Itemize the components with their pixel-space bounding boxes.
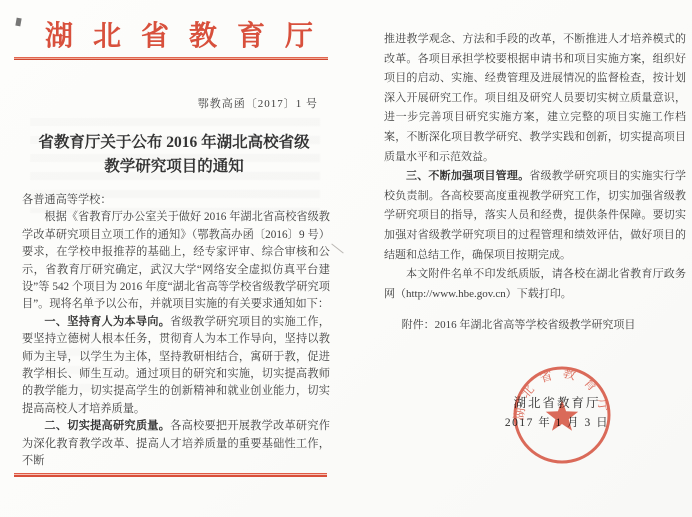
scan-crease-artifact: [331, 243, 343, 253]
salutation: 各普通高等学校：: [22, 192, 330, 209]
section-3-heading: 三、不断加强项目管理。: [406, 170, 529, 182]
attachment-line: 附件：2016 年湖北省高等学校省级教学研究项目: [384, 316, 686, 332]
paragraph-section-3: 三、不断加强项目管理。省级教学研究项目的实施实行学校负责制。各高校要高度重视教学…: [384, 167, 686, 265]
left-page-body: 各普通高等学校： 根据《省教育厅办公室关于做好 2016 年湖北省高校省级教学改…: [22, 192, 330, 471]
seal-star-icon: [546, 400, 578, 431]
document-title: 省教育厅关于公布 2016 年湖北高校省级 教学研究项目的通知: [20, 131, 328, 179]
section-2-heading: 二、切实提高研究质量。: [44, 420, 170, 432]
paragraph-section-2: 二、切实提高研究质量。各高校要把开展教学改革研究作为深化教育教学改革、提高人才培…: [22, 418, 330, 470]
paragraph-download-notice: 本文附件名单不印发纸质版，请各校在湖北省教育厅政务网（http://www.hb…: [384, 265, 686, 304]
right-page-body: 推进教学观念、方法和手段的改革，不断推进人才培养模式的改革。各项目承担学校要根据…: [384, 30, 686, 304]
letterhead-title: 湖北省教育厅: [18, 14, 340, 54]
page-left: 湖北省教育厅 鄂教高函〔2017〕1 号 省教育厅关于公布 2016 年湖北高校…: [0, 0, 346, 517]
paragraph-basis: 根据《省教育厅办公室关于做好 2016 年湖北省高校省级教学改革研究项目立项工作…: [22, 209, 330, 313]
page-footer-rule: [14, 473, 327, 477]
document-title-line1: 省教育厅关于公布 2016 年湖北高校省级: [20, 131, 328, 155]
section-1-text: 省级教学研究项目的实施工作，要坚持立德树人根本任务，贯彻育人为本工作导向，坚持以…: [22, 316, 330, 415]
document-scan: 湖北省教育厅 鄂教高函〔2017〕1 号 省教育厅关于公布 2016 年湖北高校…: [0, 0, 692, 517]
document-number: 鄂教高函〔2017〕1 号: [198, 95, 318, 111]
section-1-heading: 一、坚持育人为本导向。: [44, 316, 170, 328]
paragraph-section-1: 一、坚持育人为本导向。省级教学研究项目的实施工作，要坚持立德树人根本任务，贯彻育…: [22, 314, 330, 418]
official-seal-icon: 湖北省教育厅: [507, 360, 617, 470]
paragraph-section-2-continued: 推进教学观念、方法和手段的改革，不断推进人才培养模式的改革。各项目承担学校要根据…: [384, 30, 686, 167]
page-right: 推进教学观念、方法和手段的改革，不断推进人才培养模式的改革。各项目承担学校要根据…: [346, 0, 692, 517]
letterhead-rule: [14, 57, 328, 60]
section-3-text: 省级教学研究项目的实施实行学校负责制。各高校要高度重视教学研究工作，切实加强省级…: [384, 170, 686, 260]
document-title-line2: 教学研究项目的通知: [20, 155, 328, 179]
